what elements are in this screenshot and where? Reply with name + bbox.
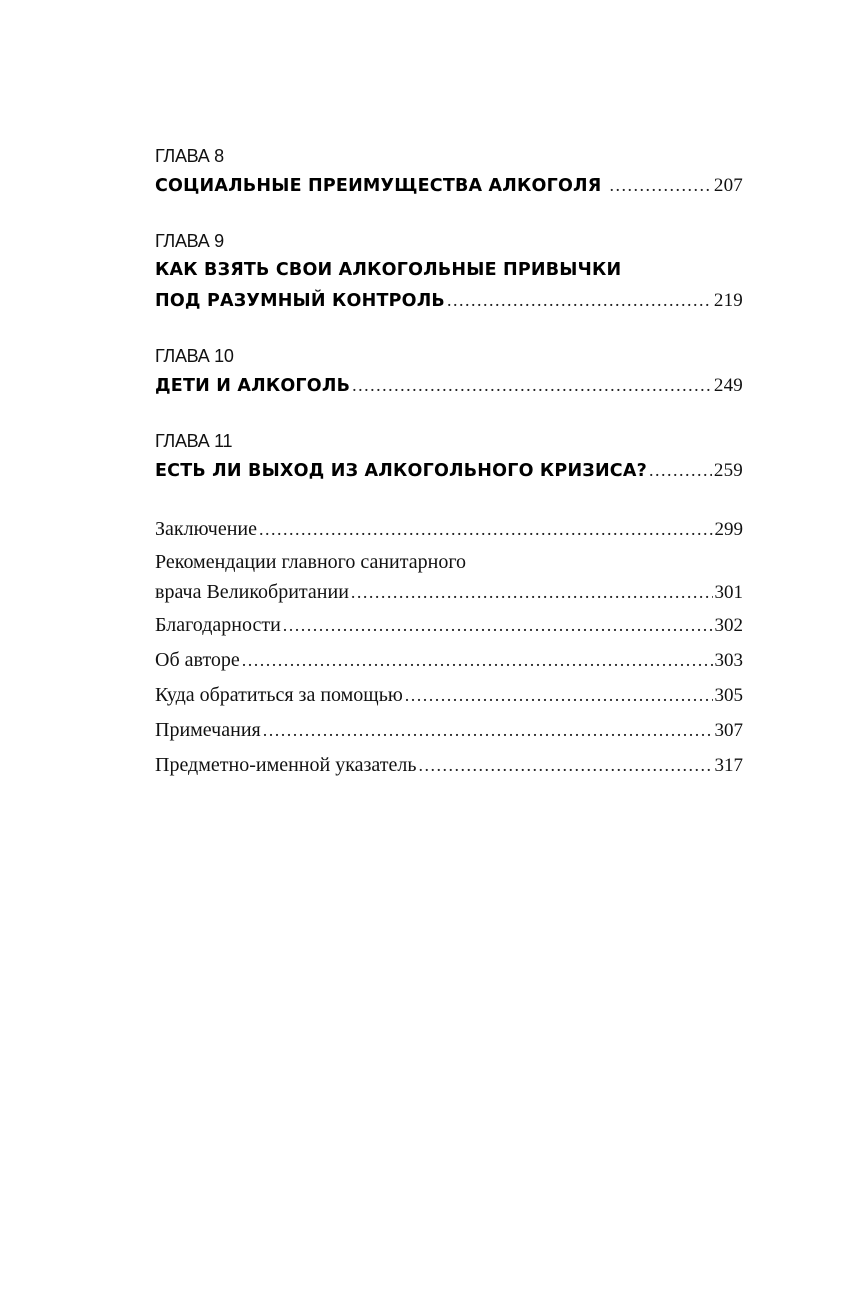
dot-leader [352,370,712,400]
page-number: 207 [714,171,743,201]
dot-leader [418,748,712,783]
chapter-label: ГЛАВА 10 [155,342,743,370]
chapter-label: ГЛАВА 9 [155,227,743,255]
dot-leader [405,678,713,713]
dot-leader [609,170,711,200]
toc-entry-about-author[interactable]: Об авторе 303 [155,643,743,678]
chapter-title-line: ДЕТИ И АЛКОГОЛЬ 249 [155,370,743,401]
chapter-title-text: ЕСТЬ ЛИ ВЫХОД ИЗ АЛКОГОЛЬНОГО КРИЗИСА? [155,456,647,486]
dot-leader [263,713,713,748]
toc-entry-acknowledgements[interactable]: Благодарности 302 [155,608,743,643]
dot-leader [242,643,713,678]
dot-leader [283,608,713,643]
chapter-title-line: ЕСТЬ ЛИ ВЫХОД ИЗ АЛКОГОЛЬНОГО КРИЗИСА? 2… [155,455,743,486]
dot-leader [351,577,713,607]
toc-entry-notes[interactable]: Примечания 307 [155,713,743,748]
entry-title: Заключение [155,512,257,547]
page-number: 249 [714,371,743,401]
page-number: 302 [715,608,744,643]
page-number: 305 [715,678,744,713]
toc-chapter-11[interactable]: ГЛАВА 11 ЕСТЬ ЛИ ВЫХОД ИЗ АЛКОГОЛЬНОГО К… [155,427,743,486]
chapter-label: ГЛАВА 8 [155,142,743,170]
chapter-title-line: СОЦИАЛЬНЫЕ ПРЕИМУЩЕСТВА АЛКОГОЛЯ 207 [155,170,743,201]
chapter-label: ГЛАВА 11 [155,427,743,455]
page-number: 299 [715,512,744,547]
page-number: 219 [714,286,743,316]
backmatter-list: Заключение 299 Рекомендации главного сан… [155,512,743,783]
entry-title-line: врача Великобритании 301 [155,577,743,608]
dot-leader [259,512,713,547]
toc-chapter-8[interactable]: ГЛАВА 8 СОЦИАЛЬНЫЕ ПРЕИМУЩЕСТВА АЛКОГОЛЯ… [155,142,743,201]
toc-chapter-9[interactable]: ГЛАВА 9 КАК ВЗЯТЬ СВОИ АЛКОГОЛЬНЫЕ ПРИВЫ… [155,227,743,316]
toc-chapter-10[interactable]: ГЛАВА 10 ДЕТИ И АЛКОГОЛЬ 249 [155,342,743,401]
page-number: 307 [715,713,744,748]
entry-title: Предметно-именной указатель [155,748,416,783]
page-number: 259 [714,456,743,486]
entry-title: Куда обратиться за помощью [155,678,403,713]
entry-title: Примечания [155,713,261,748]
page-number: 317 [715,748,744,783]
toc-entry-index[interactable]: Предметно-именной указатель 317 [155,748,743,783]
chapter-title-line: ПОД РАЗУМНЫЙ КОНТРОЛЬ 219 [155,285,743,316]
chapter-title-text: СОЦИАЛЬНЫЕ ПРЕИМУЩЕСТВА АЛКОГОЛЯ [155,171,601,201]
toc-entry-where-to-get-help[interactable]: Куда обратиться за помощью 305 [155,678,743,713]
chapter-title-text: ПОД РАЗУМНЫЙ КОНТРОЛЬ [155,286,445,316]
toc-entry-conclusion[interactable]: Заключение 299 [155,512,743,547]
chapter-title-line: КАК ВЗЯТЬ СВОИ АЛКОГОЛЬНЫЕ ПРИВЫЧКИ [155,255,743,285]
dot-leader [649,455,712,485]
chapter-title-text: ДЕТИ И АЛКОГОЛЬ [155,371,350,401]
entry-title: врача Великобритании [155,577,349,607]
dot-leader [447,285,712,315]
entry-title-line: Рекомендации главного санитарного [155,547,743,577]
table-of-contents: ГЛАВА 8 СОЦИАЛЬНЫЕ ПРЕИМУЩЕСТВА АЛКОГОЛЯ… [155,142,743,783]
entry-title: Благодарности [155,608,281,643]
entry-title: Об авторе [155,643,240,678]
toc-entry-recommendations[interactable]: Рекомендации главного санитарного врача … [155,547,743,608]
page-number: 303 [715,643,744,678]
page-number: 301 [715,578,744,608]
